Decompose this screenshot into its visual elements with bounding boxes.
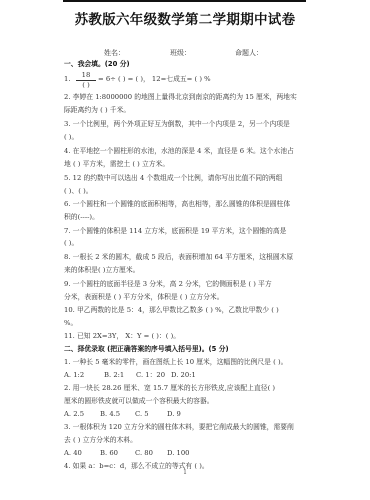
option-a: A. 2.5 <box>64 410 84 419</box>
q5-line1: 5. 12 的约数中可以选出 4 个数组成一个比例，请你写出比值不同的两组 <box>64 174 314 183</box>
q7-line1: 7. 一个圆锥的体积是 114 立方米，底面积是 19 平方米，这个圆锥的高是 <box>64 227 314 236</box>
option-b: B. 2:1 <box>104 371 124 380</box>
option-b: B. 4.5 <box>100 410 120 419</box>
option-d: D. 100 <box>167 449 190 458</box>
q4-line1: 4. 在平地挖一个圆柱形的水池，水池的深是 4 米，直径是 6 米。这个水池占 <box>64 147 314 156</box>
q8-line2: 来的体积是( )立方厘米。 <box>64 266 314 275</box>
top-rule <box>63 0 306 2</box>
option-a: A. 1:2 <box>64 371 84 380</box>
fraction-numerator: 18 <box>76 71 96 81</box>
q1-rest: = 6÷ ( ) = ( )， 12=七成五= ( ) % <box>98 75 348 84</box>
class-label: 班级： <box>170 48 191 58</box>
q5-line2: ( )、( )。 <box>64 187 314 196</box>
option-a: A. 40 <box>64 449 82 458</box>
q9-line1: 9. 一个圆柱的底面半径是 3 分米，高 2 分米，它的侧面积是 ( ) 平方 <box>64 280 314 289</box>
s2-q2-line1: 2. 用一块长 28.26 厘米、宽 15.7 厘米的长方形铁皮,应该配上直径(… <box>64 384 314 393</box>
q3-line2: ( )。 <box>64 133 314 142</box>
q6-line1: 6. 一个圆柱和一个圆锥的底面积相等，高也相等，那么圆锥的体积是圆柱体 <box>64 200 314 209</box>
fraction-denominator: ( ) <box>76 81 96 89</box>
q2-line2: 际距离约为 ( ) 千米。 <box>64 106 314 115</box>
s2-q3-line2: 去 ( ) 立方分米的木料。 <box>64 436 314 445</box>
section2-heading: 二、择优录取 (把正确答案的序号填入括号里)。(5 分) <box>64 345 314 354</box>
option-c: C. 5 <box>135 410 149 419</box>
q8-line1: 8. 一根长 2 米的圆木，截成 5 段后，表面积增加 64 平方厘米，这根圆木… <box>64 253 314 262</box>
q10-line2: %。 <box>64 319 314 328</box>
q3-line1: 3. 一个比例里，两个外项正好互为倒数，其中一个内项是 2，另一个内项是 <box>64 120 314 129</box>
info-row: 姓名： 班级： 命题人： <box>0 48 370 60</box>
option-c: C. 1：20 <box>136 371 165 380</box>
option-b: B. 60 <box>100 449 118 458</box>
s2-q1-text: 1. 一种长 5 毫米的零件，画在图纸上长 10 厘米，这幅图的比例尺是 ( )… <box>64 358 314 367</box>
option-c: C. 80 <box>135 449 153 458</box>
s2-q2-line2: 厘米的圆形铁皮就可以做成一个容积最大的容器。 <box>64 397 314 406</box>
name-label: 姓名： <box>104 48 125 58</box>
q6-line2: 积的(----)。 <box>64 213 314 222</box>
section1-heading: 一、我会填。(20 分) <box>64 60 314 69</box>
q7-line2: ( )。 <box>64 239 314 248</box>
q2-line1: 2. 李婷在 1:8000000 的地图上量得北京到南京的距离约为 15 厘米，… <box>64 93 314 102</box>
author-label: 命题人： <box>235 48 263 58</box>
q11: 11. 已知 2X=3Y， X：Y = ( )：( )。 <box>64 332 314 341</box>
option-d: D. 20:1 <box>171 371 196 380</box>
page-number: 1 <box>0 469 370 476</box>
page-title: 苏教版六年级数学第二学期期中试卷 <box>0 8 370 28</box>
q10-line1: 10. 甲乙两数的比是 5：4，那么甲数比乙数多 ( ) %，乙数比甲数少 ( … <box>64 306 314 315</box>
s2-q3-line1: 3. 一根体积为 120 立方分米的圆柱体木料，要把它削成最大的圆锥，需要削 <box>64 423 314 432</box>
q1-fraction: 18 ( ) <box>76 71 96 89</box>
q9-line2: 分米，表面积是 ( ) 平方分米，体积是 ( ) 立方分米。 <box>64 293 314 302</box>
option-d: D. 9 <box>167 410 181 419</box>
q4-line2: 地 ( ) 平方米，需挖土 ( ) 立方米。 <box>64 160 314 169</box>
